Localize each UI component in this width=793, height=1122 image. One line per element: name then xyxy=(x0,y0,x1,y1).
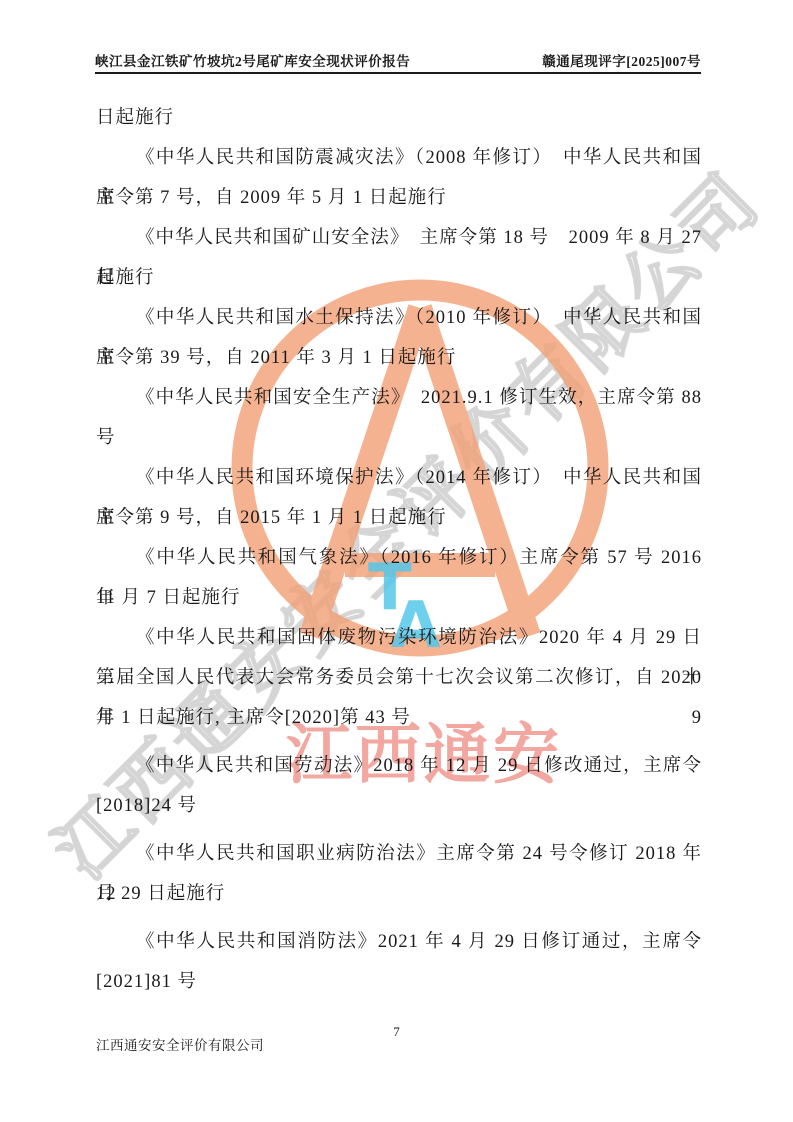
page-header: 峡江县金江铁矿竹坡坑2号尾矿库安全现状评价报告 赣通尾现评字[2025]007号 xyxy=(95,50,701,70)
body-line: [2018]24 号 xyxy=(96,786,702,826)
body-line: 《中华人民共和国固体废物污染环境防治法》2020 年 4 月 29 日第十 xyxy=(96,618,702,658)
body-line: 起施行 xyxy=(96,258,702,298)
body-line: 月 29 日起施行 xyxy=(96,874,702,914)
body-line: 席令第 39 号，自 2011 年 3 月 1 日起施行 xyxy=(96,338,702,378)
body-line: [2021]81 号 xyxy=(96,962,702,1002)
body-line: 日起施行 xyxy=(96,98,702,138)
body-line: 《中华人民共和国职业病防治法》主席令第 24 号令修订 2018 年 12 xyxy=(96,834,702,874)
body-line: 11 月 7 日起施行 xyxy=(96,578,702,618)
body-line: 《中华人民共和国水土保持法》（2010 年修订） 中华人民共和国主 xyxy=(96,298,702,338)
body-line: 席令第 7 号，自 2009 年 5 月 1 日起施行 xyxy=(96,178,702,218)
body-line: 号 xyxy=(96,418,702,458)
header-report-title: 峡江县金江铁矿竹坡坑2号尾矿库安全现状评价报告 xyxy=(95,50,410,70)
body-line: 《中华人民共和国环境保护法》（2014 年修订） 中华人民共和国主 xyxy=(96,458,702,498)
body-line: 《中华人民共和国劳动法》2018 年 12 月 29 日修改通过，主席令 xyxy=(96,746,702,786)
body-line: 《中华人民共和国安全生产法》 2021.9.1 修订生效，主席令第 88 xyxy=(96,378,702,418)
body-line: 《中华人民共和国消防法》2021 年 4 月 29 日修订通过，主席令 xyxy=(96,922,702,962)
body-line: 《中华人民共和国防震减灾法》（2008 年修订） 中华人民共和国主 xyxy=(96,138,702,178)
body-line: 席令第 9 号，自 2015 年 1 月 1 日起施行 xyxy=(96,498,702,538)
header-rule xyxy=(95,72,701,74)
footer-company-name: 江西通安安全评价有限公司 xyxy=(96,1034,264,1054)
report-page: 江西通安安全评价有限公司 T A 江西通安 峡江县金江铁矿竹坡坑2号尾矿库安全现… xyxy=(0,0,793,1122)
body-line: 《中华人民共和国矿山安全法》 主席令第 18 号 2009 年 8 月 27 日 xyxy=(96,218,702,258)
body-lines: 日起施行《中华人民共和国防震减灾法》（2008 年修订） 中华人民共和国主席令第… xyxy=(96,98,702,1002)
header-doc-number: 赣通尾现评字[2025]007号 xyxy=(542,50,701,70)
body-line: 三届全国人民代表大会常务委员会第十七次会议第二次修订，自 2020 年 9 xyxy=(96,658,702,698)
body-line: 《中华人民共和国气象法》（2016 年修订）主席令第 57 号 2016 年 xyxy=(96,538,702,578)
